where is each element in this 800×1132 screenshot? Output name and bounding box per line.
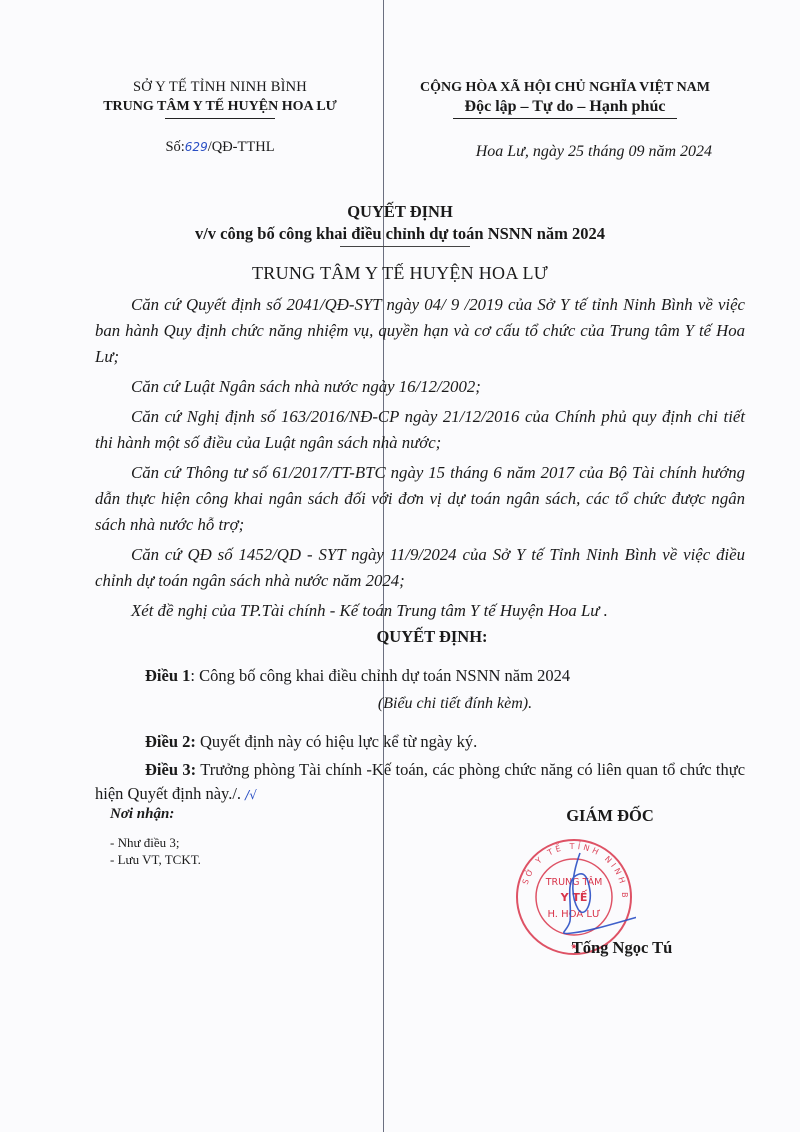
annex-note: (Biểu chi tiết đính kèm). [0,695,800,713]
national-header: CỘNG HÒA XÃ HỘI CHỦ NGHĨA VIỆT NAM Độc l… [380,78,750,119]
legal-basis: Căn cứ Quyết định số 2041/QĐ-SYT ngày 04… [95,292,745,370]
issuing-agency-block: SỞ Y TẾ TỈNH NINH BÌNH TRUNG TÂM Y TẾ HU… [70,78,370,119]
article-sep: : [190,666,199,685]
nation-name: CỘNG HÒA XÃ HỘI CHỦ NGHĨA VIỆT NAM [380,78,750,97]
decision-heading: QUYẾT ĐỊNH: [0,627,800,647]
legal-bases: Căn cứ Quyết định số 2041/QĐ-SYT ngày 04… [95,292,745,628]
divider [340,246,470,247]
article-label: Điều 2: [145,732,196,751]
document-title: QUYẾT ĐỊNH [0,202,800,222]
document-number: Số:629/QĐ-TTHL [70,139,370,156]
recipient-item: - Lưu VT, TCKT. [110,851,201,868]
parent-agency: SỞ Y TẾ TỈNH NINH BÌNH [70,78,370,97]
article-text: Quyết định này có hiệu lực kể từ ngày ký… [200,732,477,751]
legal-basis: Căn cứ Luật Ngân sách nhà nước ngày 16/1… [95,374,745,400]
svg-text:H. HOA LƯ: H. HOA LƯ [547,909,600,920]
article-text: Công bố công khai điều chỉnh dự toán NSN… [199,666,570,685]
divider [165,118,275,119]
article-2: Điều 2: Quyết định này có hiệu lực kể từ… [95,730,745,754]
doc-no-handwritten: 629 [185,140,208,154]
issuing-authority: TRUNG TÂM Y TẾ HUYỆN HOA LƯ [0,263,800,284]
article-3: Điều 3: Trưởng phòng Tài chính -Kế toán,… [95,758,745,807]
divider [453,118,677,119]
article-label: Điều 1 [145,666,190,685]
recipients-title: Nơi nhận: [110,806,174,823]
national-motto: Độc lập – Tự do – Hạnh phúc [380,97,750,116]
doc-no-suffix: /QĐ-TTHL [208,139,275,155]
place-date: Hoa Lư, ngày 25 tháng 09 năm 2024 [380,143,750,161]
issuing-unit: TRUNG TÂM Y TẾ HUYỆN HOA LƯ [70,97,370,116]
signer-title: GIÁM ĐỐC [500,806,720,826]
document-subject: v/v công bố công khai điều chỉnh dự toán… [0,224,800,244]
signer-name: Tống Ngọc Tú [500,938,720,958]
recipients-list: - Như điều 3; - Lưu VT, TCKT. [110,834,201,868]
recipient-item: - Như điều 3; [110,834,201,851]
legal-basis: Căn cứ Thông tư số 61/2017/TT-BTC ngày 1… [95,460,745,538]
article-1: Điều 1: Công bố công khai điều chỉnh dự … [95,664,745,688]
legal-basis: Xét đề nghị của TP.Tài chính - Kế toán T… [95,598,745,624]
doc-no-prefix: Số: [165,139,184,155]
legal-basis: Căn cứ QĐ số 1452/QD - SYT ngày 11/9/202… [95,542,745,594]
article-label: Điều 3: [145,760,196,779]
legal-basis: Căn cứ Nghị định số 163/2016/NĐ-CP ngày … [95,404,745,456]
handwritten-mark: /√ [245,788,257,802]
